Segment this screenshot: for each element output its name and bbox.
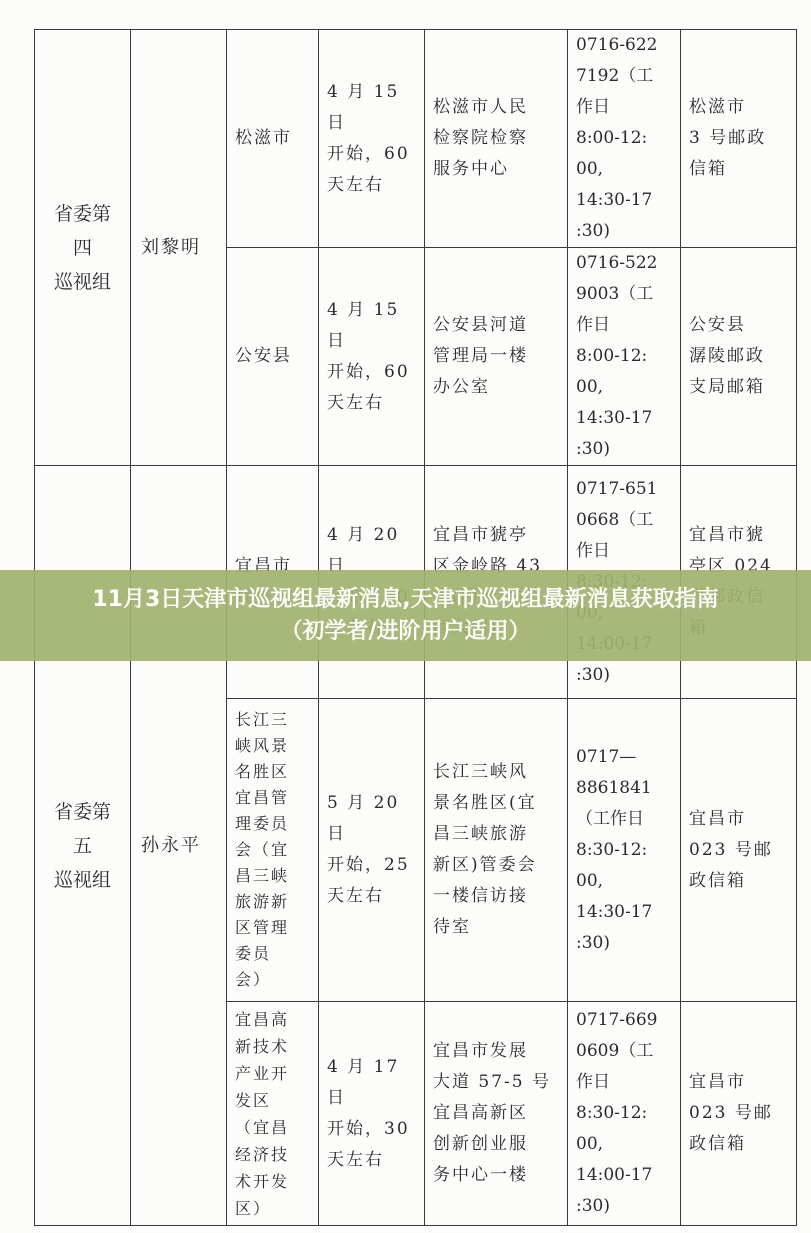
location-cell: 公安县 xyxy=(227,248,319,466)
phone-hours-cell: 0717— 8861841 （工作日 8:30-12: 00, 14:30-17… xyxy=(568,699,681,1002)
mailbox-cell: 松滋市 3 号邮政 信箱 xyxy=(681,30,797,248)
reception-cell: 松滋市人民 检察院检察 服务中心 xyxy=(425,30,568,248)
mailbox-cell: 公安县 潺陵邮政 支局邮箱 xyxy=(681,248,797,466)
banner-title-line: 11月3日天津市巡视组最新消息,天津市巡视组最新消息获取指南 xyxy=(92,584,718,616)
title-banner: 11月3日天津市巡视组最新消息,天津市巡视组最新消息获取指南 （初学者/进阶用户… xyxy=(0,570,811,661)
location-cell: 宜昌高 新技术 产业开 发区 （宜昌 经济技 术开发 区） xyxy=(227,1002,319,1226)
period-cell: 4 月 17 日 开始，30 天左右 xyxy=(319,1002,425,1226)
group-leader-cell: 刘黎明 xyxy=(131,30,227,466)
period-cell: 5 月 20 日 开始，25 天左右 xyxy=(319,699,425,1002)
period-cell: 4 月 15 日 开始，60 天左右 xyxy=(319,248,425,466)
table-row: 省委第 四 巡视组 刘黎明 松滋市 4 月 15 日 开始，60 天左右 松滋市… xyxy=(35,30,797,248)
period-cell: 4 月 15 日 开始，60 天左右 xyxy=(319,30,425,248)
phone-hours-cell: 0716-622 7192（工 作日 8:00-12: 00, 14:30-17… xyxy=(568,30,681,248)
phone-hours-cell: 0717-669 0609（工 作日 8:30-12: 00, 14:00-17… xyxy=(568,1002,681,1226)
reception-cell: 公安县河道 管理局一楼 办公室 xyxy=(425,248,568,466)
reception-cell: 长江三峡风 景名胜区(宜 昌三峡旅游 新区)管委会 一楼信访接 待室 xyxy=(425,699,568,1002)
phone-hours-cell: 0716-522 9003（工 作日 8:00-12: 00, 14:30-17… xyxy=(568,248,681,466)
mailbox-cell: 宜昌市 023 号邮 政信箱 xyxy=(681,699,797,1002)
location-cell: 松滋市 xyxy=(227,30,319,248)
mailbox-cell: 宜昌市 023 号邮 政信箱 xyxy=(681,1002,797,1226)
banner-subtitle-line: （初学者/进阶用户适用） xyxy=(280,616,530,648)
reception-cell: 宜昌市发展 大道 57-5 号 宜昌高新区 创新创业服 务中心一楼 xyxy=(425,1002,568,1226)
location-cell: 长江三 峡风景 名胜区 宜昌管 理委员 会（宜 昌三峡 旅游新 区管理 委员 会… xyxy=(227,699,319,1002)
group-name-cell: 省委第 四 巡视组 xyxy=(35,30,131,466)
